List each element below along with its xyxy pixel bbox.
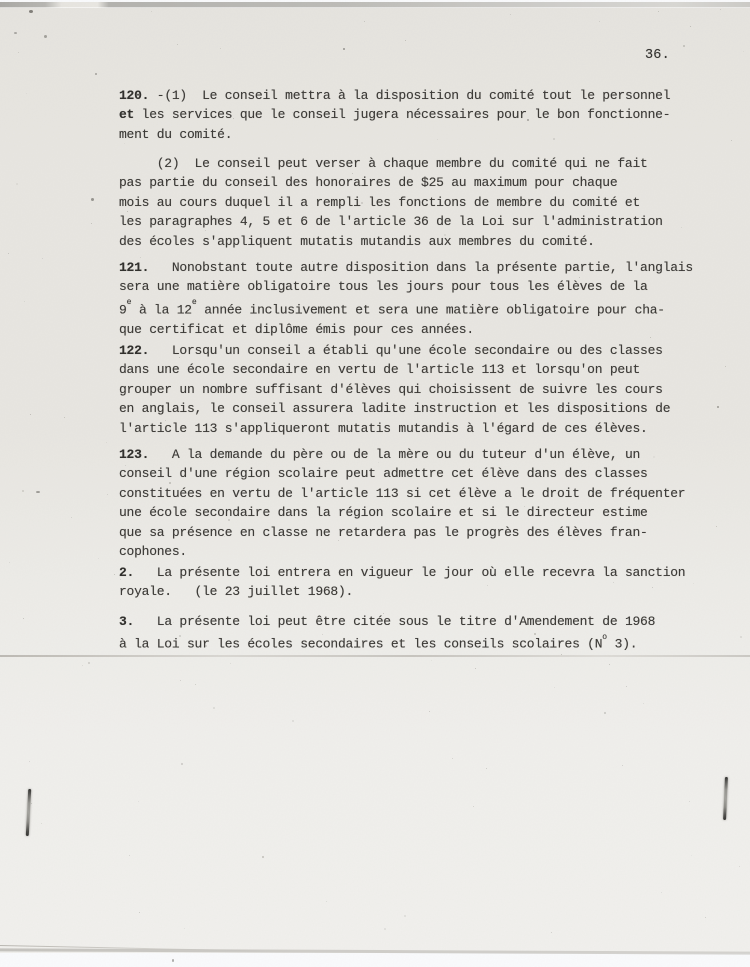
paragraph-article-123: 123. A la demande du père ou de la mère …	[119, 445, 694, 561]
document-line: l'article 113 s'appliqueront mutatis mut…	[119, 419, 694, 438]
document-line: ment du comité.	[119, 125, 694, 144]
scan-blemish	[91, 198, 94, 201]
paper-speck	[41, 823, 42, 824]
document-line: 121. Nonobstant toute autre disposition …	[119, 258, 694, 277]
document-line: 2. La présente loi entrera en vigueur le…	[119, 563, 694, 582]
paper-speck	[107, 494, 108, 495]
paper-speck	[22, 490, 24, 492]
paper-speck	[177, 44, 178, 45]
scan-blemish	[343, 48, 345, 50]
paper-speck	[405, 40, 406, 41]
paper-speck	[180, 680, 181, 681]
document-line: sera une matière obligatoire tous les jo…	[119, 277, 694, 296]
paper-speck	[609, 664, 610, 665]
paper-speck	[23, 618, 24, 619]
paper-speck	[42, 258, 43, 259]
paper-speck	[292, 112, 293, 113]
document-line: à la Loi sur les écoles secondaires et l…	[119, 631, 694, 654]
paper-speck	[650, 337, 651, 338]
paper-speck	[554, 687, 555, 688]
paper-speck	[129, 855, 130, 856]
paper-speck	[106, 442, 107, 443]
paper-speck	[179, 357, 180, 358]
paper-speck	[622, 765, 623, 766]
paper-speck	[228, 519, 230, 521]
paper-speck	[693, 583, 694, 584]
paper-speck	[604, 712, 606, 714]
paper-speck	[114, 574, 115, 575]
document-line: grouper un nombre suffisant d'élèves qui…	[119, 380, 694, 399]
fold-crease-line	[0, 655, 750, 657]
paper-speck	[224, 536, 225, 537]
document-line: 123. A la demande du père ou de la mère …	[119, 445, 694, 464]
document-line: que sa présence en classe ne retardera p…	[119, 523, 694, 542]
paper-speck	[683, 45, 685, 47]
staple-mark-right	[723, 777, 728, 820]
paper-speck	[312, 261, 313, 262]
paper-speck	[551, 932, 552, 933]
paper-speck	[98, 558, 99, 559]
paper-speck	[599, 21, 600, 22]
paper-speck	[437, 139, 438, 140]
paper-speck	[720, 9, 721, 10]
paper-speck	[29, 761, 30, 762]
paper-speck	[326, 901, 327, 902]
document-line: les paragraphes 4, 5 et 6 de l'article 3…	[119, 212, 694, 231]
paragraph-article-120-2: (2) Le conseil peut verser à chaque memb…	[119, 154, 694, 251]
paper-speck	[691, 855, 692, 856]
paper-speck	[8, 253, 9, 254]
document-line: 122. Lorsqu'un conseil a établi qu'une é…	[119, 341, 694, 360]
scan-blemish	[29, 10, 33, 13]
paper-speck	[205, 230, 206, 231]
paper-speck	[475, 668, 476, 669]
scan-blemish	[36, 491, 40, 493]
paper-speck	[195, 684, 196, 685]
paper-speck	[173, 622, 174, 623]
staple-mark-left	[26, 789, 31, 836]
paper-speck	[689, 801, 690, 802]
paper-speck	[91, 223, 92, 224]
paper-speck	[151, 11, 152, 12]
paper-speck	[219, 283, 220, 284]
document-line: (2) Le conseil peut verser à chaque memb…	[119, 154, 694, 173]
paper-speck	[661, 892, 662, 893]
document-line: et les services que le conseil jugera né…	[119, 105, 694, 124]
paragraph-article-121: 121. Nonobstant toute autre disposition …	[119, 258, 694, 339]
paper-speck	[626, 686, 627, 687]
paper-speck	[213, 707, 215, 709]
paper-speck	[432, 94, 433, 95]
paper-speck	[125, 465, 126, 466]
paper-speck	[220, 48, 221, 49]
paper-speck	[643, 703, 644, 704]
scan-stage: 36. 120. -(1) Le conseil mettra à la dis…	[0, 0, 750, 967]
paper-bottom-edge	[0, 948, 750, 954]
document-line: 3. La présente loi peut être citée sous …	[119, 612, 694, 631]
paper-speck	[611, 171, 612, 172]
page-number: 36.	[645, 48, 670, 63]
paper-speck	[452, 758, 453, 759]
document-line: royale. (le 23 juillet 1968).	[119, 582, 694, 601]
paper-speck	[429, 711, 430, 712]
paper-speck	[30, 414, 31, 415]
paper-speck	[26, 93, 27, 94]
paper-speck	[739, 866, 740, 867]
paper-speck	[181, 763, 183, 765]
paper-speck	[18, 52, 19, 53]
paper-speck	[139, 912, 140, 913]
paper-speck	[233, 118, 234, 119]
paper-speck	[364, 21, 365, 22]
paper-speck	[361, 202, 363, 204]
paper-speck	[140, 257, 141, 258]
paper-speck	[16, 183, 18, 185]
paragraph-article-120-1: 120. -(1) Le conseil mettra à la disposi…	[119, 86, 694, 144]
paper-speck	[743, 51, 744, 52]
document-line: une école secondaire dans la région scol…	[119, 503, 694, 522]
paper-speck	[230, 663, 231, 664]
paper-speck	[184, 928, 185, 929]
paper-speck	[487, 585, 488, 586]
paper-speck	[681, 227, 682, 228]
paper-speck	[384, 928, 386, 930]
document-line: en anglais, le conseil assurera ladite i…	[119, 399, 694, 418]
paper-speck	[524, 506, 525, 507]
paper-speck	[731, 140, 732, 141]
paper-speck	[124, 143, 125, 144]
scan-blemish	[172, 959, 174, 962]
paper-speck	[553, 138, 555, 140]
paper-speck	[453, 270, 454, 271]
paper-speck	[471, 410, 472, 411]
paper-speck	[165, 420, 166, 421]
paper-speck	[488, 515, 489, 516]
paper-speck	[127, 211, 128, 212]
paper-speck	[71, 517, 72, 518]
paper-speck	[705, 917, 706, 918]
document-line: constituées en vertu de l'article 113 si…	[119, 484, 694, 503]
paper-speck	[82, 665, 83, 666]
paper-speck	[120, 579, 121, 580]
paper-speck	[613, 582, 614, 583]
document-line: des écoles s'appliquent mutatis mutandis…	[119, 232, 694, 251]
paper-speck	[352, 173, 353, 174]
document-line: mois au cours duquel il a rempli les fon…	[119, 193, 694, 212]
paper-speck	[499, 308, 500, 309]
paragraph-article-122: 122. Lorsqu'un conseil a établi qu'une é…	[119, 341, 694, 438]
document-line: pas partie du conseil des honoraires de …	[119, 173, 694, 192]
document-line: dans une école secondaire en vertu de l'…	[119, 360, 694, 379]
document-line: cophones.	[119, 542, 694, 561]
paper-speck	[716, 526, 717, 527]
paper-speck	[559, 407, 561, 409]
scan-blemish	[95, 73, 97, 75]
paper-speck	[473, 806, 474, 807]
paper-speck	[169, 482, 171, 484]
paper-speck	[292, 720, 294, 722]
paper-speck	[444, 234, 446, 236]
paper-speck	[740, 636, 742, 638]
paper-speck	[205, 645, 207, 647]
paper-speck	[510, 14, 511, 15]
document-line: 120. -(1) Le conseil mettra à la disposi…	[119, 86, 694, 105]
paper-speck	[31, 803, 32, 804]
torn-top-edge	[0, 2, 750, 8]
document-line: conseil d'une région scolaire peut admet…	[119, 464, 694, 483]
paper-speck	[378, 462, 379, 463]
scan-blemish	[44, 35, 47, 38]
paper-speck	[179, 635, 181, 637]
paper-speck	[725, 366, 726, 367]
paper-speck	[653, 456, 655, 458]
paper-speck	[690, 26, 691, 27]
paper-speck	[534, 633, 536, 635]
paper-speck	[658, 11, 659, 12]
paper-speck	[467, 538, 468, 539]
document-line: que certificat et diplôme émis pour ces …	[119, 320, 694, 339]
paper-speck	[338, 540, 339, 541]
paper-speck	[486, 768, 487, 769]
paper-speck	[88, 662, 90, 664]
paragraph-clause-3: 3. La présente loi peut être citée sous …	[119, 612, 694, 654]
paper-speck	[597, 474, 598, 475]
paper-speck	[383, 613, 384, 614]
paper-speck	[262, 856, 264, 858]
paper-speck	[431, 660, 432, 661]
paper-speck	[322, 634, 323, 635]
scan-blemish	[14, 32, 17, 34]
scanned-page: 36. 120. -(1) Le conseil mettra à la dis…	[0, 2, 750, 953]
paper-speck	[9, 562, 10, 563]
paper-speck	[64, 417, 65, 418]
paper-speck	[652, 587, 653, 588]
paper-speck	[138, 801, 139, 802]
paper-speck	[579, 277, 580, 278]
document-line: 9e à la 12e année inclusivement et sera …	[119, 297, 694, 320]
paragraph-clause-2: 2. La présente loi entrera en vigueur le…	[119, 563, 694, 602]
scan-blemish	[527, 119, 529, 121]
paper-speck	[24, 301, 25, 302]
paper-speck	[197, 425, 199, 427]
paper-speck	[577, 644, 578, 645]
paper-speck	[404, 915, 406, 917]
scan-blemish	[717, 406, 719, 408]
paper-speck	[216, 218, 218, 220]
paper-speck	[561, 654, 562, 655]
